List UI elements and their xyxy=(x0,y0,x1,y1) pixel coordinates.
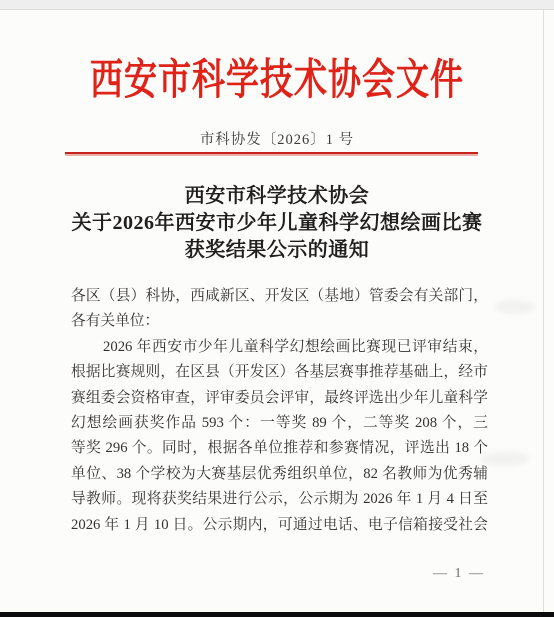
document-page: 西安市科学技术协会文件 市科协发〔2026〕1 号 西安市科学技术协会 关于20… xyxy=(0,0,554,617)
body-line: 导教师。现将获奖结果进行公示，公示期为 2026 年 1 月 4 日至 xyxy=(71,487,488,512)
body-line: 等奖 296 个。同时，根据各单位推荐和参赛情况，评选出 18 个 xyxy=(71,436,488,461)
document-title: 西安市科学技术协会 关于2026年西安市少年儿童科学幻想绘画比赛 获奖结果公示的… xyxy=(0,183,554,264)
body-line: 单位、38 个学校为大赛基层优秀组织单位，82 名教师为优秀辅 xyxy=(71,462,488,487)
doc-number: 市科协发〔2026〕1 号 xyxy=(0,128,554,149)
page-number: — 1 — xyxy=(433,566,485,582)
document-body: 各区（县）科协，西咸新区、开发区（基地）管委会有关部门， 各有关单位： 2026… xyxy=(71,284,488,538)
document-title-line: 获奖结果公示的通知 xyxy=(0,237,554,264)
document-title-line: 关于2026年西安市少年儿童科学幻想绘画比赛 xyxy=(0,210,554,237)
body-line: 幻想绘画获奖作品 593 个：一等奖 89 个，二等奖 208 个，三 xyxy=(71,411,488,436)
body-line: 各区（县）科协，西咸新区、开发区（基地）管委会有关部门， xyxy=(71,284,488,309)
body-line: 各有关单位： xyxy=(71,309,488,334)
red-separator-line xyxy=(65,152,478,154)
document-title-line: 西安市科学技术协会 xyxy=(0,183,554,210)
letterhead-title: 西安市科学技术协会文件 xyxy=(0,46,554,107)
body-line: 2026 年西安市少年儿童科学幻想绘画比赛现已评审结束， xyxy=(71,335,488,360)
body-line: 根据比赛规则，在区县（开发区）各基层赛事推荐基础上，经市 xyxy=(71,360,488,385)
scan-bottom-bar xyxy=(0,612,554,617)
body-line: 赛组委会资格审查，评审委员会评审，最终评选出少年儿童科学 xyxy=(71,386,488,411)
scan-artifact xyxy=(495,300,535,314)
body-line: 2026 年 1 月 10 日。公示期内，可通过电话、电子信箱接受社会 xyxy=(71,513,488,538)
scan-top-edge xyxy=(0,0,554,10)
